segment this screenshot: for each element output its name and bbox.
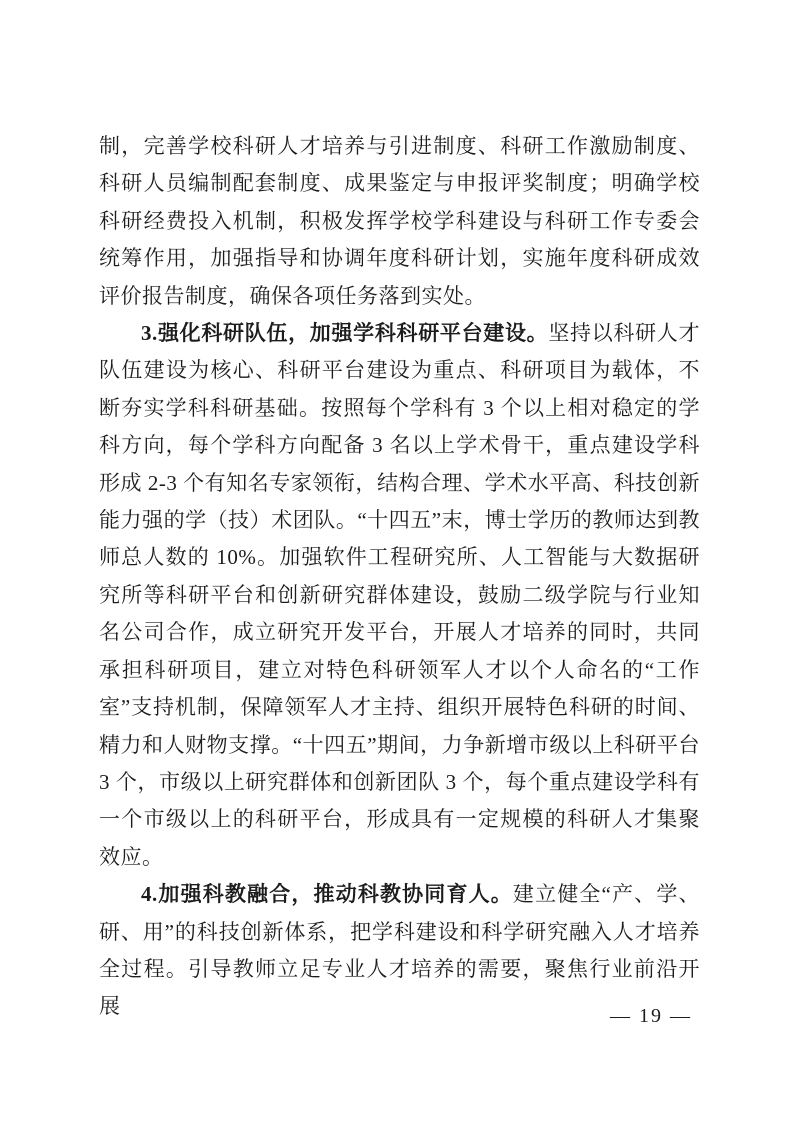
- paragraph-text: 坚持以科研人才队伍建设为核心、科研平台建设为重点、科研项目为载体，不断夯实学科科…: [99, 321, 700, 869]
- document-page: 制，完善学校科研人才培养与引进制度、科研工作激励制度、科研人员编制配套制度、成果…: [0, 0, 793, 1122]
- page-footer: — 19 —: [561, 1005, 741, 1028]
- paragraph-item-3: 3.强化科研队伍，加强学科科研平台建设。坚持以科研人才队伍建设为核心、科研平台建…: [99, 315, 700, 876]
- paragraph-heading: 3.强化科研队伍，加强学科科研平台建设。: [141, 321, 548, 345]
- paragraph-heading: 4.加强科教融合，推动科教协同育人。: [141, 882, 513, 906]
- page-number: — 19 —: [610, 1005, 692, 1027]
- body-text-block: 制，完善学校科研人才培养与引进制度、科研工作激励制度、科研人员编制配套制度、成果…: [99, 128, 700, 1026]
- paragraph-item-4: 4.加强科教融合，推动科教协同育人。建立健全“产、学、研、用”的科技创新体系，把…: [99, 876, 700, 1026]
- paragraph-continuation: 制，完善学校科研人才培养与引进制度、科研工作激励制度、科研人员编制配套制度、成果…: [99, 128, 700, 315]
- paragraph-text: 制，完善学校科研人才培养与引进制度、科研工作激励制度、科研人员编制配套制度、成果…: [99, 134, 700, 308]
